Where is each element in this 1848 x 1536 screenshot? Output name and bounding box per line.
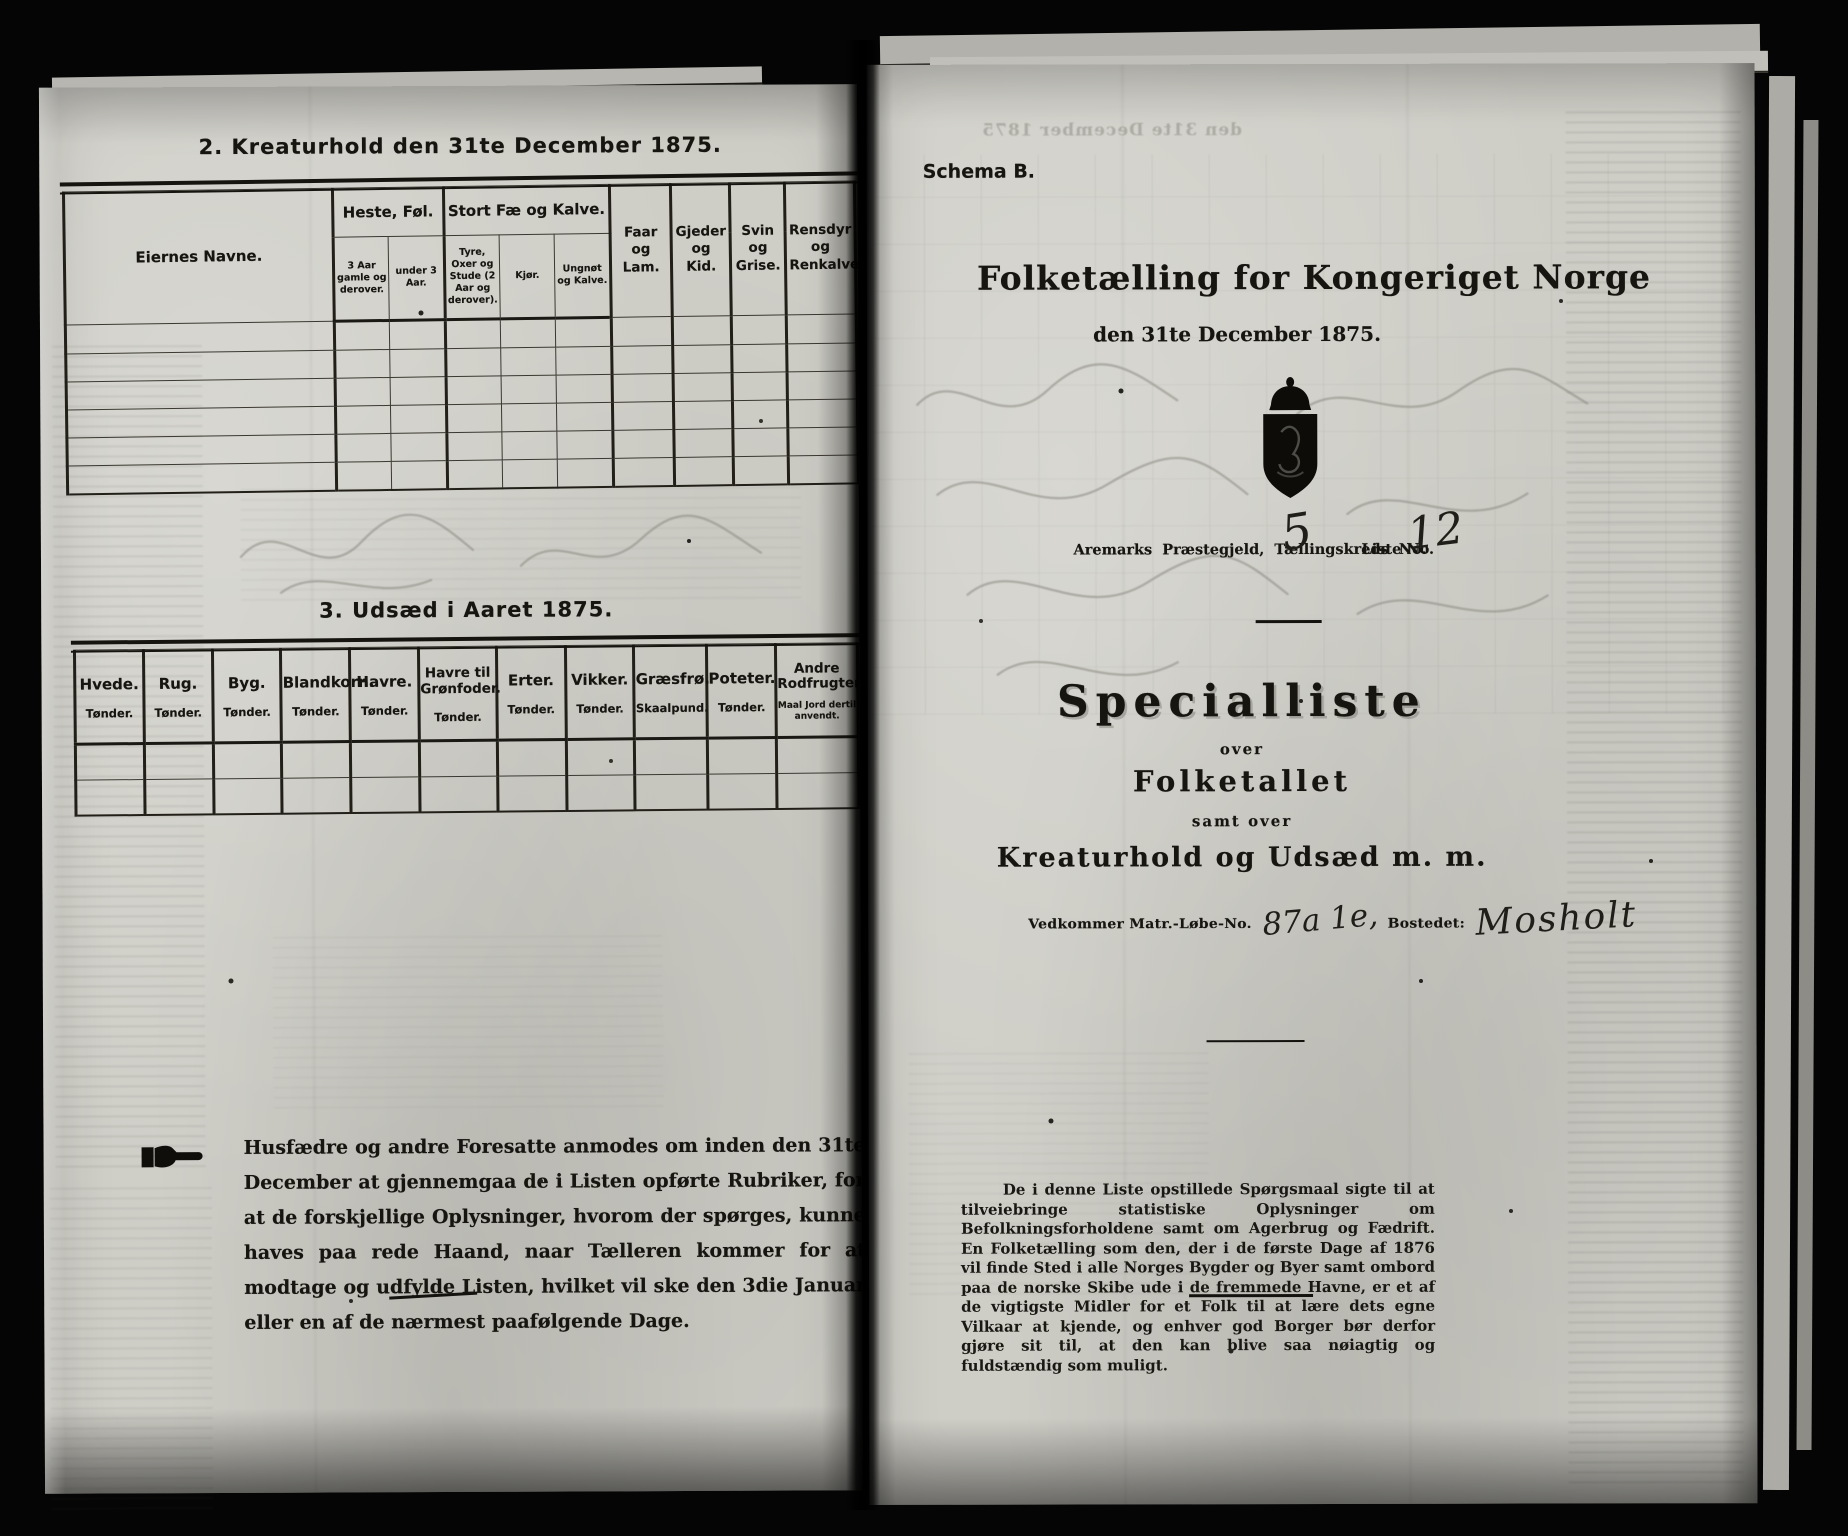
- property-line: Vedkommer Matr.-Løbe-No. 87a 1e, Bostede…: [1028, 895, 1628, 937]
- matr-number-label: Vedkommer Matr.-Løbe-No.: [1028, 917, 1252, 933]
- list-number-value: 12: [1405, 502, 1467, 560]
- column-subheader: Kjør.: [499, 234, 556, 319]
- bleedthrough-ghost: [241, 480, 802, 600]
- column-subheader: Ungnøt og Kalve.: [554, 233, 611, 318]
- bleedthrough-ghost: [273, 927, 664, 1109]
- speciallist-samt-over: samt over: [982, 812, 1502, 831]
- speciallist-over: over: [982, 740, 1502, 759]
- crop-unit: Tønder.: [709, 700, 775, 715]
- crop-name: Græsfrø.: [636, 671, 706, 689]
- parish-name: Aremarks Præstegjeld,: [1073, 541, 1264, 558]
- column-header: Havre til Grønfoder.Tønder.: [418, 646, 497, 741]
- dust-specks: [0, 0, 2, 2]
- ink-rule: [1256, 620, 1322, 623]
- page-stack-edge: [1763, 76, 1795, 1490]
- crop-name: Havre til Grønfoder.: [420, 666, 495, 698]
- speciallist-folketallet: Folketallet: [982, 764, 1502, 799]
- crop-unit: Tønder.: [214, 704, 280, 719]
- column-header: Byg.Tønder.: [212, 648, 282, 743]
- crop-unit: Tønder.: [498, 702, 564, 717]
- column-header: Poteter.Tønder.: [707, 643, 777, 738]
- crop-name: Andre Rodfrugter.: [777, 661, 856, 693]
- column-group-horses: Heste, Føl.: [332, 187, 443, 238]
- crop-unit: Tønder.: [421, 709, 496, 724]
- crop-name: Havre.: [351, 674, 417, 692]
- column-header: Hvede.Tønder.: [74, 650, 144, 745]
- coat-of-arms-icon: [1247, 376, 1333, 504]
- crop-unit: Tønder.: [352, 703, 418, 718]
- crop-name: Byg.: [214, 675, 280, 693]
- crop-unit: Tønder.: [145, 705, 211, 720]
- crop-unit: Tønder.: [283, 704, 349, 719]
- crop-unit: Tønder.: [567, 701, 633, 716]
- column-header: Havre.Tønder.: [350, 647, 420, 742]
- column-header: Rug.Tønder.: [143, 649, 213, 744]
- kreaturhold-title: 2. Kreaturhold den 31te December 1875.: [63, 132, 857, 159]
- census-subtitle: den 31te December 1875.: [977, 322, 1497, 347]
- crop-name: Blandkorn.: [283, 674, 349, 692]
- column-header-goats: Gjeder og Kid.: [671, 183, 731, 317]
- instruction-note: Husfædre og andre Foresatte anmodes om i…: [139, 1128, 866, 1341]
- speciallist-heading: Specialliste: [982, 676, 1502, 728]
- census-title: Folketælling for Kongeriget Norge: [977, 258, 1497, 298]
- column-header: Vikker.Tønder.: [565, 645, 635, 740]
- table-row: [76, 773, 859, 816]
- column-header-sheep: Faar og Lam.: [609, 184, 673, 318]
- crop-name: Rug.: [145, 676, 211, 694]
- crop-unit: Skaalpund.: [636, 700, 706, 715]
- book-gutter: [846, 40, 880, 1510]
- column-header-owner: Eiernes Navne.: [63, 188, 334, 325]
- column-group-cattle: Stort Fæ og Kalve.: [443, 184, 610, 235]
- footer-paragraph: De i denne Liste opstillede Spørgsmaal s…: [961, 1180, 1435, 1376]
- column-header: Græsfrø.Skaalpund.: [634, 644, 708, 739]
- crop-unit: Tønder.: [77, 706, 143, 721]
- crop-unit: Maal Jord dertil anvendt.: [778, 700, 857, 722]
- kreaturhold-table: Eiernes Navne. Heste, Føl. Stort Fæ og K…: [62, 180, 860, 495]
- ink-rule: [1189, 1294, 1313, 1297]
- column-subheader: 3 Aar gamle og derover.: [333, 236, 390, 321]
- ink-rule: [1207, 1040, 1305, 1042]
- schema-label: Schema B.: [923, 161, 1035, 183]
- column-header-pigs: Svin og Grise.: [729, 182, 786, 316]
- udsaed-title: 3. Udsæd i Aaret 1875.: [73, 596, 859, 623]
- page-stack-edge: [1797, 120, 1819, 1450]
- bleedthrough-mirrored-header: den 31te December 1875: [897, 120, 1327, 141]
- scanned-census-spread: 2. Kreaturhold den 31te December 1875. E…: [0, 0, 1848, 1536]
- left-page: 2. Kreaturhold den 31te December 1875. E…: [39, 84, 863, 1494]
- column-header: Erter.Tønder.: [496, 645, 566, 740]
- column-subheader: under 3 Aar.: [388, 236, 445, 321]
- udsaed-table: Hvede.Tønder. Rug.Tønder. Byg.Tønder. Bl…: [73, 642, 861, 817]
- column-header: Blandkorn.Tønder.: [281, 648, 351, 743]
- crop-name: Poteter.: [708, 670, 774, 688]
- right-page: den 31te December 1875 Schema B. Folketæ…: [866, 63, 1757, 1505]
- instruction-text: Husfædre og andre Foresatte anmodes om i…: [243, 1128, 866, 1341]
- speciallist-kreaturhold: Kreaturhold og Udsæd m. m.: [982, 842, 1502, 874]
- column-subheader: Tyre, Oxer og Stude (2 Aar og derover).: [444, 235, 501, 320]
- matr-number-value: 87a 1e,: [1260, 897, 1378, 943]
- manicule-icon: [140, 1139, 204, 1173]
- residence-label: Bostedet:: [1388, 916, 1466, 931]
- crop-name: Vikker.: [567, 672, 633, 690]
- residence-value: Mosholt: [1474, 894, 1638, 944]
- bleedthrough-ghost: [1566, 103, 1744, 1483]
- crop-name: Erter.: [498, 672, 564, 690]
- crop-name: Hvede.: [76, 676, 142, 694]
